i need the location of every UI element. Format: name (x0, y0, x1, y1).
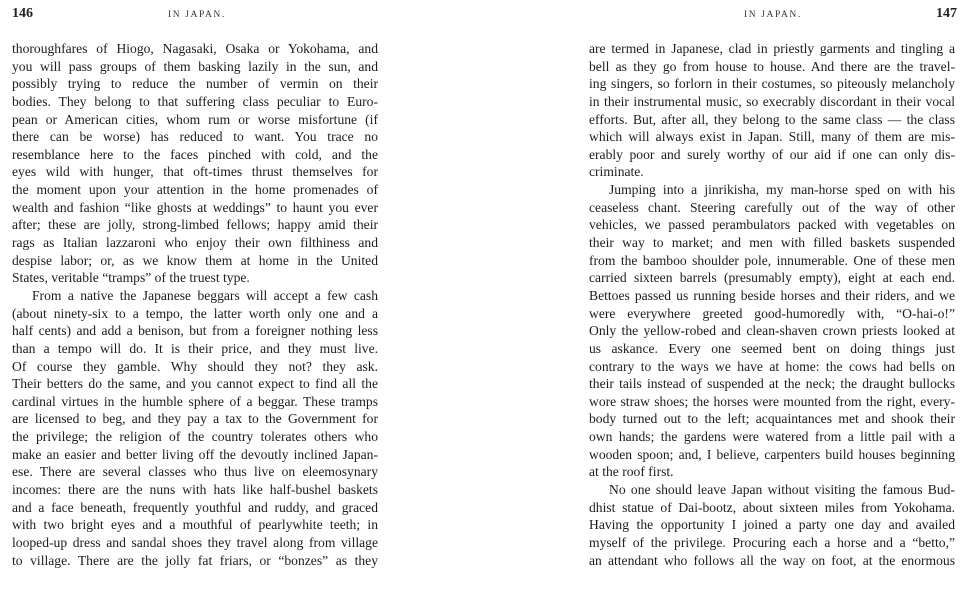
text-line: than a tempo will do. It is their price,… (12, 340, 378, 358)
text-line: and a face beneath, frequently youthful … (12, 499, 378, 517)
text-line: Jumping into a jinrikisha, my man-horse … (589, 181, 955, 199)
text-line: looped-up dress and sandal shoes they tr… (12, 534, 378, 552)
text-line: with two bright eyes and a mouthful of p… (12, 516, 378, 534)
text-line: bell as they go from house to house. And… (589, 58, 955, 76)
text-line: bodies. They belong to that suffering cl… (12, 93, 378, 111)
text-line: there can be worse) has reduced to want.… (12, 128, 378, 146)
text-line: us askance. Every one seemed bent on doi… (589, 340, 955, 358)
running-head: IN JAPAN. (168, 10, 226, 20)
text-line: own hands; the gardens were watered from… (589, 428, 955, 446)
text-line: pean or American cities, whom rum or wor… (12, 111, 378, 129)
text-line: efforts. But, after all, they belong to … (589, 111, 955, 129)
text-line: Only the yellow-robed and clean-shaven c… (589, 322, 955, 340)
text-line: No one should leave Japan without visiti… (589, 481, 955, 499)
text-line: wealth and fashion “like ghosts at weddi… (12, 199, 378, 217)
text-line: make an easier and better living off the… (12, 446, 378, 464)
page-body: are termed in Japanese, clad in priestly… (589, 40, 955, 569)
text-line: rags as Italian lazzaroni who enjoy thei… (12, 234, 378, 252)
page-body: thoroughfares of Hiogo, Nagasaki, Osaka … (12, 40, 378, 569)
text-line: dhist statue of Dai-bootz, about sixteen… (589, 499, 955, 517)
text-line: the moment upon your attention in the ho… (12, 181, 378, 199)
text-line: possibly trying to reduce the number of … (12, 75, 378, 93)
text-line: From a native the Japanese beggars will … (12, 287, 378, 305)
text-line: from the bamboo shoulder pole, innumerab… (589, 252, 955, 270)
text-line: (about ninety-six to a tempo, the latter… (12, 305, 378, 323)
text-line: their tails instead of suspended at the … (589, 375, 955, 393)
text-line: are licensed to beg, and they pay a tax … (12, 410, 378, 428)
text-line: the privilege; the religion of the count… (12, 428, 378, 446)
text-line: cardinal virtues in the humble sphere of… (12, 393, 378, 411)
text-line: you will pass groups of them basking laz… (12, 58, 378, 76)
text-line: after; these are jolly, strong-limbed fe… (12, 216, 378, 234)
text-line: Having the opportunity I joined a party … (589, 516, 955, 534)
text-line: carried sixteen barrels (presumably empt… (589, 269, 955, 287)
text-line: States, veritable “tramps” of the truest… (12, 269, 378, 287)
text-line: vehicles, we passed perambulators packed… (589, 216, 955, 234)
text-line: were everywhere greeted good-humoredly w… (589, 305, 955, 323)
text-line: body turned out to the left; acquaintanc… (589, 410, 955, 428)
text-line: eyes wild with hunger, that oft-times th… (12, 163, 378, 181)
text-line: ing singers, so forlorn in their costume… (589, 75, 955, 93)
running-head: IN JAPAN. (744, 10, 802, 20)
text-line: ese. There are several classes who thus … (12, 463, 378, 481)
text-line: despise labor; or, as we know them at ho… (12, 252, 378, 270)
text-line: to village. There are the jolly fat fria… (12, 552, 378, 570)
text-line: at the roof first. (589, 463, 955, 481)
text-line: in their instrumental music, so execrabl… (589, 93, 955, 111)
text-line: half cents) and add a benison, but from … (12, 322, 378, 340)
text-line: wore straw shoes; the horses were mounte… (589, 393, 955, 411)
text-line: ceaseless chant. Steering carefully out … (589, 199, 955, 217)
text-line: myself of the privilege. Procuring each … (589, 534, 955, 552)
text-line: Their betters do the same, and you canno… (12, 375, 378, 393)
text-line: which will always exist in Japan. Still,… (589, 128, 955, 146)
text-line: thoroughfares of Hiogo, Nagasaki, Osaka … (12, 40, 378, 58)
right-page: 147 IN JAPAN. are termed in Japanese, cl… (488, 0, 976, 593)
text-line: resemblance here to the faces pinched wi… (12, 146, 378, 164)
left-page: 146 IN JAPAN. thoroughfares of Hiogo, Na… (0, 0, 488, 593)
text-line: Bettoes passed us running beside horses … (589, 287, 955, 305)
text-line: their way to market; and men with filled… (589, 234, 955, 252)
text-line: an attendant who follows all the way on … (589, 552, 955, 570)
page-number: 147 (936, 6, 957, 22)
text-line: wooden spoon; and, I believe, carpenters… (589, 446, 955, 464)
text-line: criminate. (589, 163, 955, 181)
text-line: erably poor and surely worthy of our aid… (589, 146, 955, 164)
text-line: incomes: there are the nuns with hats li… (12, 481, 378, 499)
text-line: contrary to the ways we have at home: th… (589, 358, 955, 376)
page-number: 146 (12, 6, 33, 22)
text-line: Of course they gamble. Why should they n… (12, 358, 378, 376)
text-line: are termed in Japanese, clad in priestly… (589, 40, 955, 58)
